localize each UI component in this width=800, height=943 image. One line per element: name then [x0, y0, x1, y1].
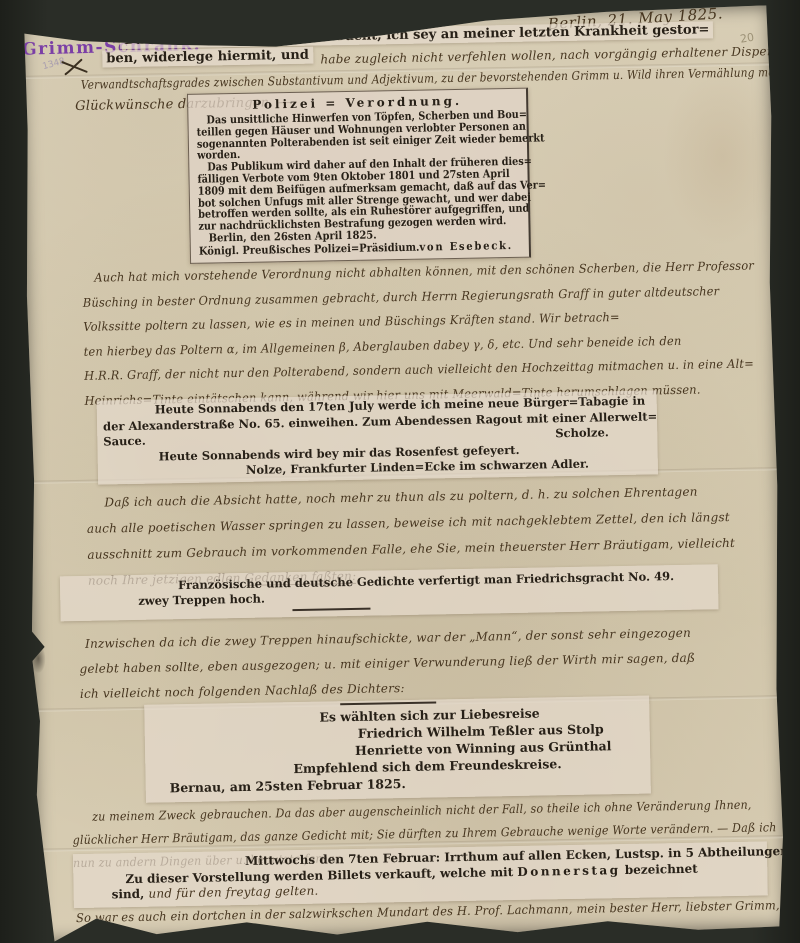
- clipping-liebesreise: Es wählten sich zur LiebesreiseFriedrich…: [144, 696, 651, 803]
- theater-line3-handwritten: und für den freytag gelten.: [148, 884, 318, 901]
- polizei-signature-right: von Esebeck.: [419, 239, 513, 254]
- separator-rule: [292, 608, 370, 611]
- manuscript-paper: Grimm-Schrank. 1348 Berlin, 21. May 1825…: [20, 5, 789, 943]
- clipping-gerucht-line2: ben, widerlege hiermit, und: [102, 47, 313, 68]
- clipping-gerucht-line1: Das für mich nachtheilige Gerücht, ich s…: [120, 21, 714, 49]
- handwriting-treppen: Inzwischen da ich die zwey Treppen hinau…: [79, 621, 696, 707]
- page-number-pencil: 20: [739, 31, 755, 46]
- polizei-signature-left: Königl. Preußisches Polizei=Präsidium.: [199, 241, 420, 258]
- clipping-theater: Mittwochs den 7ten Februar: Irrthum auf …: [73, 841, 768, 907]
- separator-rule: [340, 701, 436, 704]
- paper-stain: [661, 65, 784, 247]
- scan-background: Grimm-Schrank. 1348 Berlin, 21. May 1825…: [0, 0, 800, 943]
- clipping-tabagie: Heute Sonnabends den 17ten July werde ic…: [97, 390, 658, 484]
- clipping-polizei-verordnung: Polizei = Verordnung. Das unsittliche Hi…: [187, 88, 531, 264]
- edge-tear: [31, 645, 46, 673]
- tabagie-signature: Scholze.: [555, 425, 609, 441]
- handwriting-poltern: Auch hat mich vorstehende Verordnung nic…: [82, 253, 791, 413]
- polizei-body: Das unsittliche Hinwerfen von Töpfen, Sc…: [196, 109, 520, 233]
- handwriting-intro-line2: Verwandtschaftsgrades zwischen Substanti…: [81, 61, 800, 91]
